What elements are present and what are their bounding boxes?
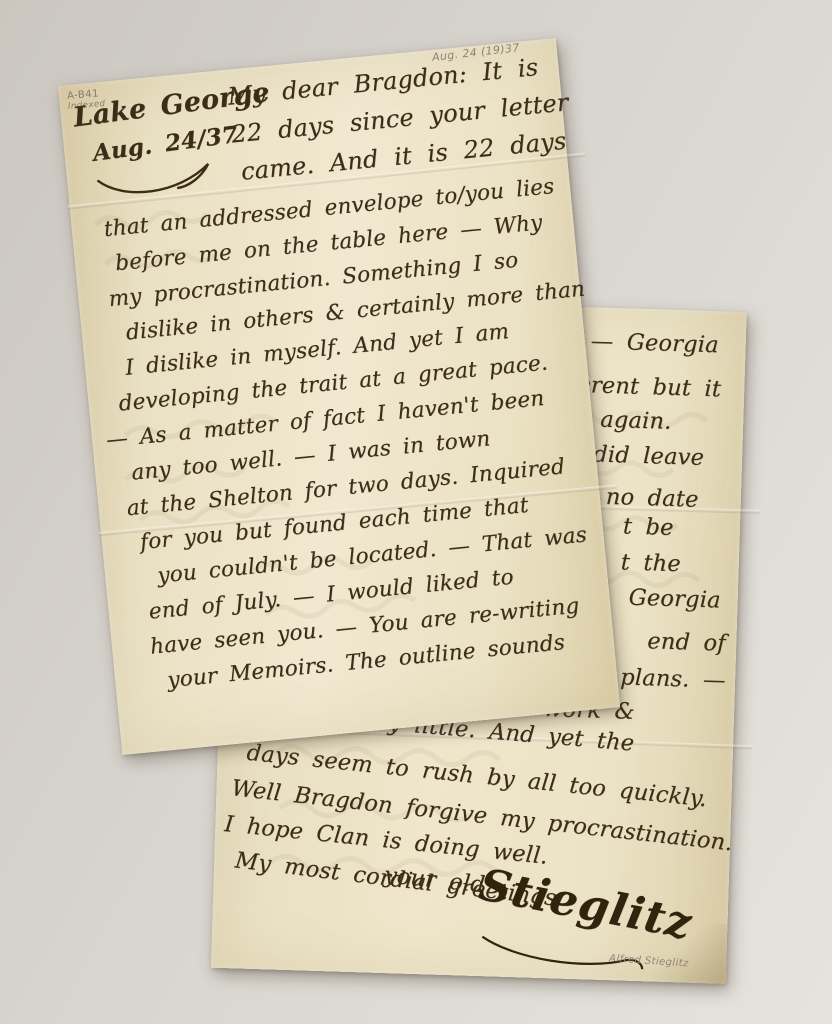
fragment-line: erent but it [577,373,722,403]
fragment-line: plans. — [620,665,726,694]
fragment-line: — Georgia [590,329,719,359]
fragment-line: Georgia [628,586,721,615]
fragment-line: no date [605,485,699,514]
fragment-line: t be [623,514,675,541]
photograph-background: — Georgia erent but it again. did leave … [0,0,832,1024]
fragment-line: end of [647,629,726,657]
fragment-line: did leave [593,442,705,471]
letter-page-1: A-B41 Indexed Aug. 24 (19)37 Lake George… [58,38,620,755]
fragment-line: again. [600,408,672,436]
fragment-line: t the [620,550,681,578]
